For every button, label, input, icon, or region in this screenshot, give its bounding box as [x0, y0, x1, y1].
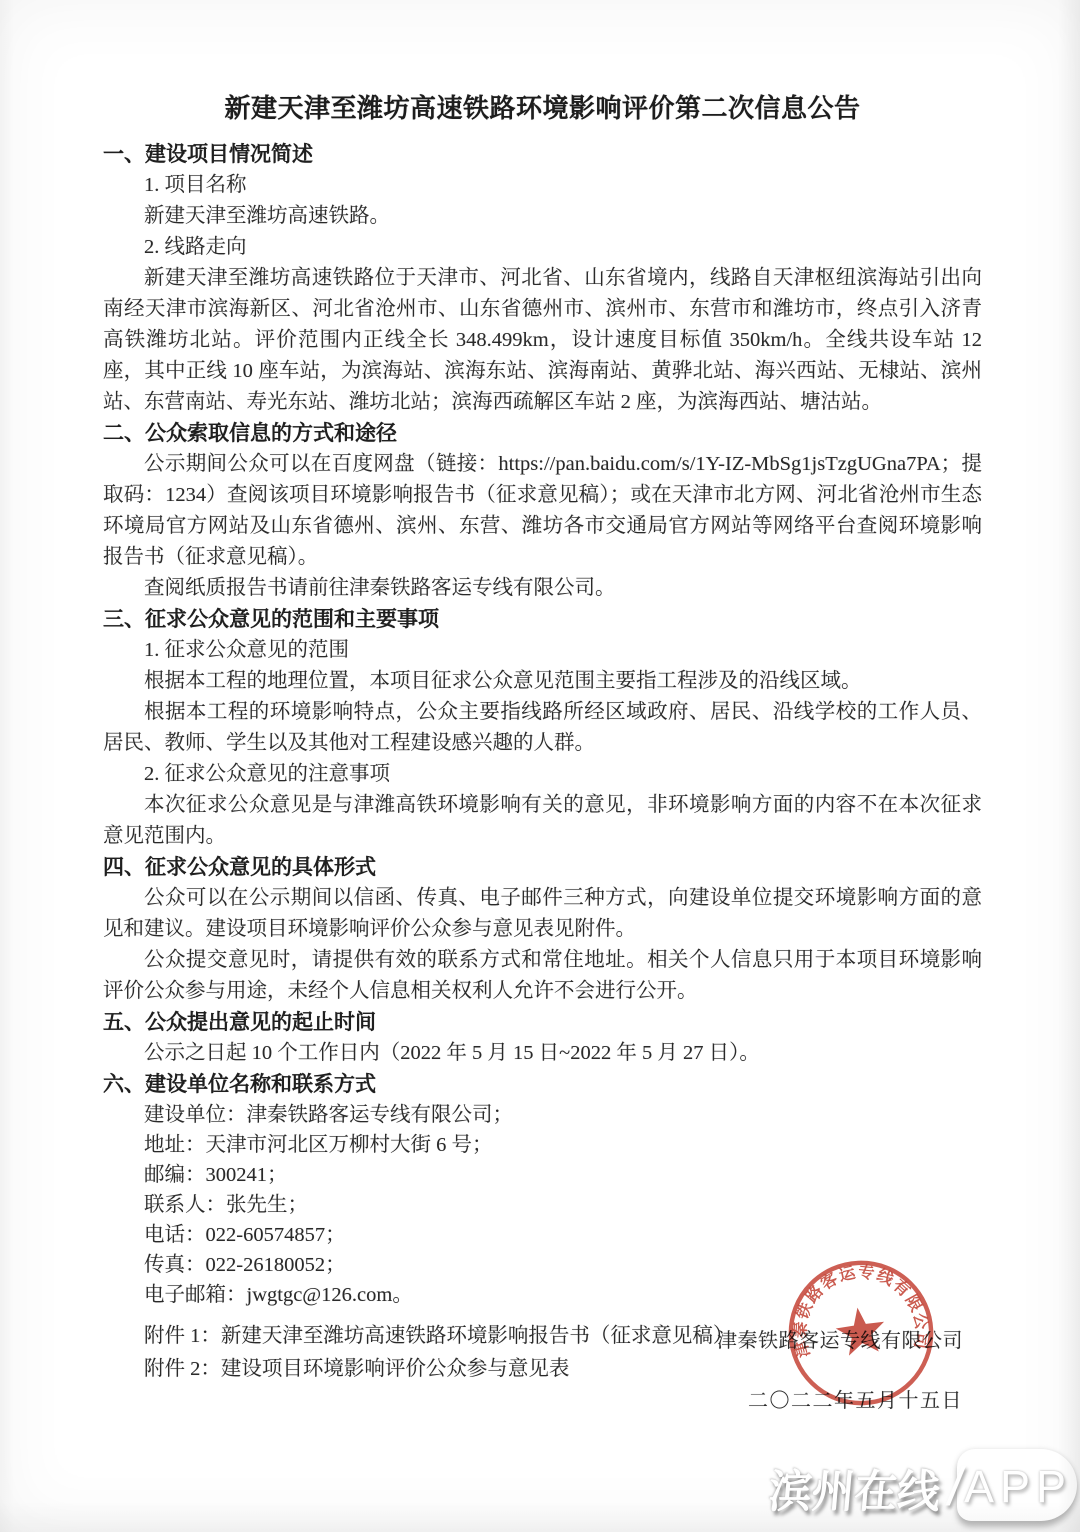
paragraph: 公众可以在公示期间以信函、传真、电子邮件三种方式，向建设单位提交环境影响方面的意…: [103, 883, 982, 945]
section-4-heading: 四、征求公众意见的具体形式: [103, 852, 982, 883]
document-body: 新建天津至潍坊高速铁路环境影响评价第二次信息公告 一、建设项目情况简述 1. 项…: [103, 85, 982, 1386]
section-5-heading: 五、公众提出意见的起止时间: [103, 1007, 982, 1038]
paragraph: 1. 征求公众意见的范围: [103, 635, 982, 666]
scanned-document-page: 新建天津至潍坊高速铁路环境影响评价第二次信息公告 一、建设项目情况简述 1. 项…: [0, 0, 1080, 1532]
section-3: 三、征求公众意见的范围和主要事项 1. 征求公众意见的范围 根据本工程的地理位置…: [103, 604, 982, 852]
watermark-text-row: 滨州在线 / APP: [765, 1451, 1072, 1523]
paragraph-with-baidu-link: 公示期间公众可以在百度网盘（链接：https://pan.baidu.com/s…: [103, 449, 982, 573]
paragraph: 公众提交意见时，请提供有效的联系方式和常住地址。相关个人信息只用于本项目环境影响…: [103, 945, 982, 1007]
section-6-heading: 六、建设单位名称和联系方式: [103, 1069, 982, 1100]
paragraph: 1. 项目名称: [103, 170, 982, 201]
section-2-heading: 二、公众索取信息的方式和途径: [103, 418, 982, 449]
seal-star-icon: [833, 1304, 888, 1357]
section-5: 五、公众提出意见的起止时间 公示之日起 10 个工作日内（2022 年 5 月 …: [103, 1007, 982, 1069]
contact-company: 建设单位：津秦铁路客运专线有限公司；: [103, 1100, 982, 1130]
paragraph: 根据本工程的环境影响特点，公众主要指线路所经区域政府、居民、沿线学校的工作人员、…: [103, 697, 982, 759]
section-4: 四、征求公众意见的具体形式 公众可以在公示期间以信函、传真、电子邮件三种方式，向…: [103, 852, 982, 1007]
contact-phone: 电话：022-60574857；: [103, 1220, 982, 1250]
paragraph: 新建天津至潍坊高速铁路位于天津市、河北省、山东省境内，线路自天津枢纽滨海站引出向…: [103, 263, 982, 418]
contact-postcode: 邮编：300241；: [103, 1160, 982, 1190]
watermark-site-name: 滨州在线: [767, 1455, 944, 1520]
paragraph: 根据本工程的地理位置，本项目征求公众意见范围主要指工程涉及的沿线区域。: [103, 666, 982, 697]
official-seal: 津秦铁路客运专线有限公司: [782, 1254, 940, 1412]
section-1-heading: 一、建设项目情况简述: [103, 139, 982, 170]
contact-person: 联系人：张先生；: [103, 1190, 982, 1220]
paragraph: 新建天津至潍坊高速铁路。: [103, 201, 982, 232]
section-1: 一、建设项目情况简述 1. 项目名称 新建天津至潍坊高速铁路。 2. 线路走向 …: [103, 139, 982, 418]
paragraph: 本次征求公众意见是与津潍高铁环境影响有关的意见，非环境影响方面的内容不在本次征求…: [103, 790, 982, 852]
paragraph: 2. 征求公众意见的注意事项: [103, 759, 982, 790]
paragraph: 查阅纸质报告书请前往津秦铁路客运专线有限公司。: [103, 573, 982, 604]
watermark-app-label: APP: [964, 1461, 1072, 1513]
contact-address: 地址：天津市河北区万柳村大街 6 号；: [103, 1130, 982, 1160]
document-title: 新建天津至潍坊高速铁路环境影响评价第二次信息公告: [103, 93, 982, 123]
section-2: 二、公众索取信息的方式和途径 公示期间公众可以在百度网盘（链接：https://…: [103, 418, 982, 604]
section-3-heading: 三、征求公众意见的范围和主要事项: [103, 604, 982, 635]
paragraph: 公示之日起 10 个工作日内（2022 年 5 月 15 日~2022 年 5 …: [103, 1038, 982, 1069]
watermark-binzhou-online-app: 滨州在线 / APP: [780, 1443, 1080, 1531]
paragraph: 2. 线路走向: [103, 232, 982, 263]
